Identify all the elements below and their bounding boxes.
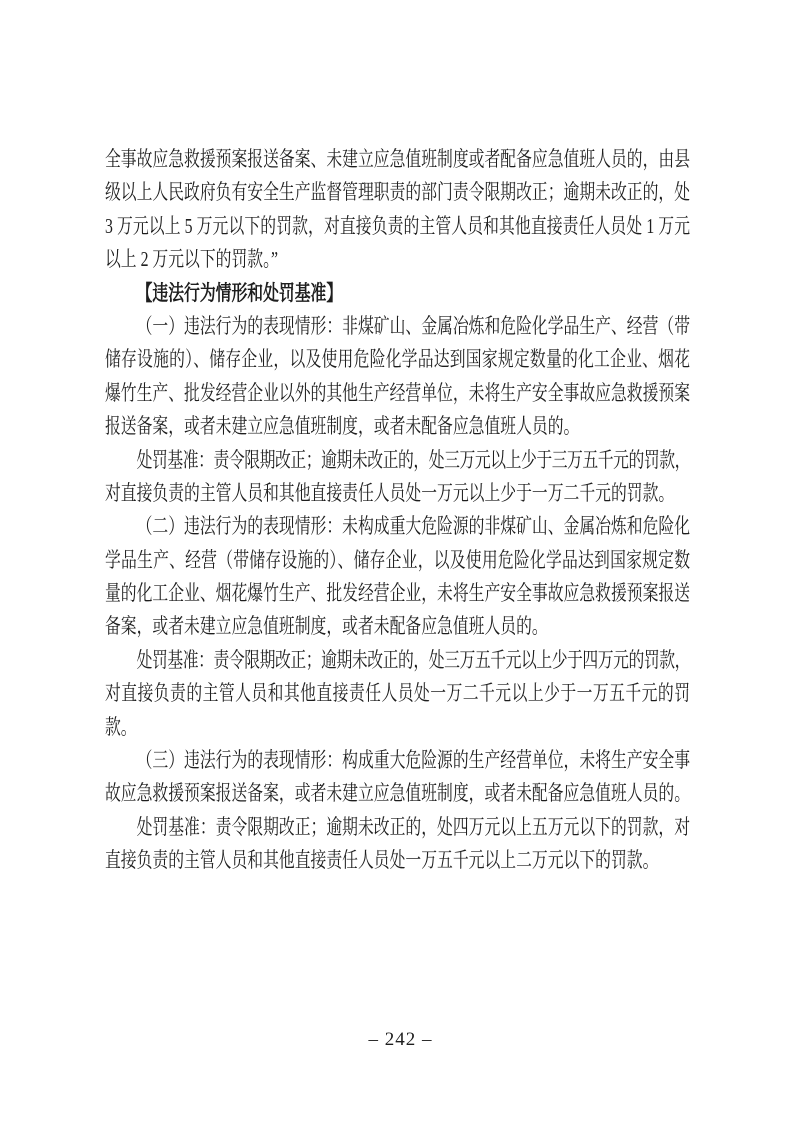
text-line: 以上 2 万元以下的罚款。” [105,243,690,276]
text-line: 量的化工企业、烟花爆竹生产、批发经营企业，未将生产安全事故应急救援预案报送 [105,577,690,610]
text-line: 全事故应急救援预案报送备案、未建立应急值班制度或者配备应急值班人员的，由县 [105,143,690,176]
text-line: 学品生产、经营（带储存设施的）、储存企业，以及使用危险化学品达到国家规定数 [105,544,690,577]
text-line: （一）违法行为的表现情形：非煤矿山、金属冶炼和危险化学品生产、经营（带 [105,310,690,343]
text-line: 处罚基准：责令限期改正；逾期未改正的，处三万元以上少于三万五千元的罚款， [105,444,690,477]
text-line: 款。 [105,711,690,744]
text-line: 对直接负责的主管人员和其他直接责任人员处一万元以上少于一万二千元的罚款。 [105,477,690,510]
text-line: 处罚基准：责令限期改正；逾期未改正的，处三万五千元以上少于四万元的罚款， [105,644,690,677]
text-line: 对直接负责的主管人员和其他直接责任人员处一万二千元以上少于一万五千元的罚 [105,677,690,710]
document-page: 全事故应急救援预案报送备案、未建立应急值班制度或者配备应急值班人员的，由县级以上… [0,0,793,1122]
text-line: 报送备案，或者未建立应急值班制度，或者未配备应急值班人员的。 [105,410,690,443]
text-block: 全事故应急救援预案报送备案、未建立应急值班制度或者配备应急值班人员的，由县级以上… [105,143,690,878]
text-line: 故应急救援预案报送备案，或者未建立应急值班制度，或者未配备应急值班人员的。 [105,777,690,810]
text-line: 备案，或者未建立应急值班制度，或者未配备应急值班人员的。 [105,610,690,643]
text-line: 处罚基准：责令限期改正；逾期未改正的，处四万元以上五万元以下的罚款，对 [105,811,690,844]
text-line: 级以上人民政府负有安全生产监督管理职责的部门责令限期改正；逾期未改正的，处 [105,176,690,209]
section-heading: 【违法行为情形和处罚基准】 [105,277,690,310]
text-line: （三）违法行为的表现情形：构成重大危险源的生产经营单位，未将生产安全事 [105,744,690,777]
text-line: （二）违法行为的表现情形：未构成重大危险源的非煤矿山、金属冶炼和危险化 [105,510,690,543]
text-line: 3 万元以上 5 万元以下的罚款，对直接负责的主管人员和其他直接责任人员处 1 … [105,210,690,243]
page-number: – 242 – [0,1029,793,1051]
text-line: 直接负责的主管人员和其他直接责任人员处一万五千元以上二万元以下的罚款。 [105,844,690,877]
text-line: 爆竹生产、批发经营企业以外的其他生产经营单位，未将生产安全事故应急救援预案 [105,377,690,410]
text-line: 储存设施的）、储存企业，以及使用危险化学品达到国家规定数量的化工企业、烟花 [105,343,690,376]
